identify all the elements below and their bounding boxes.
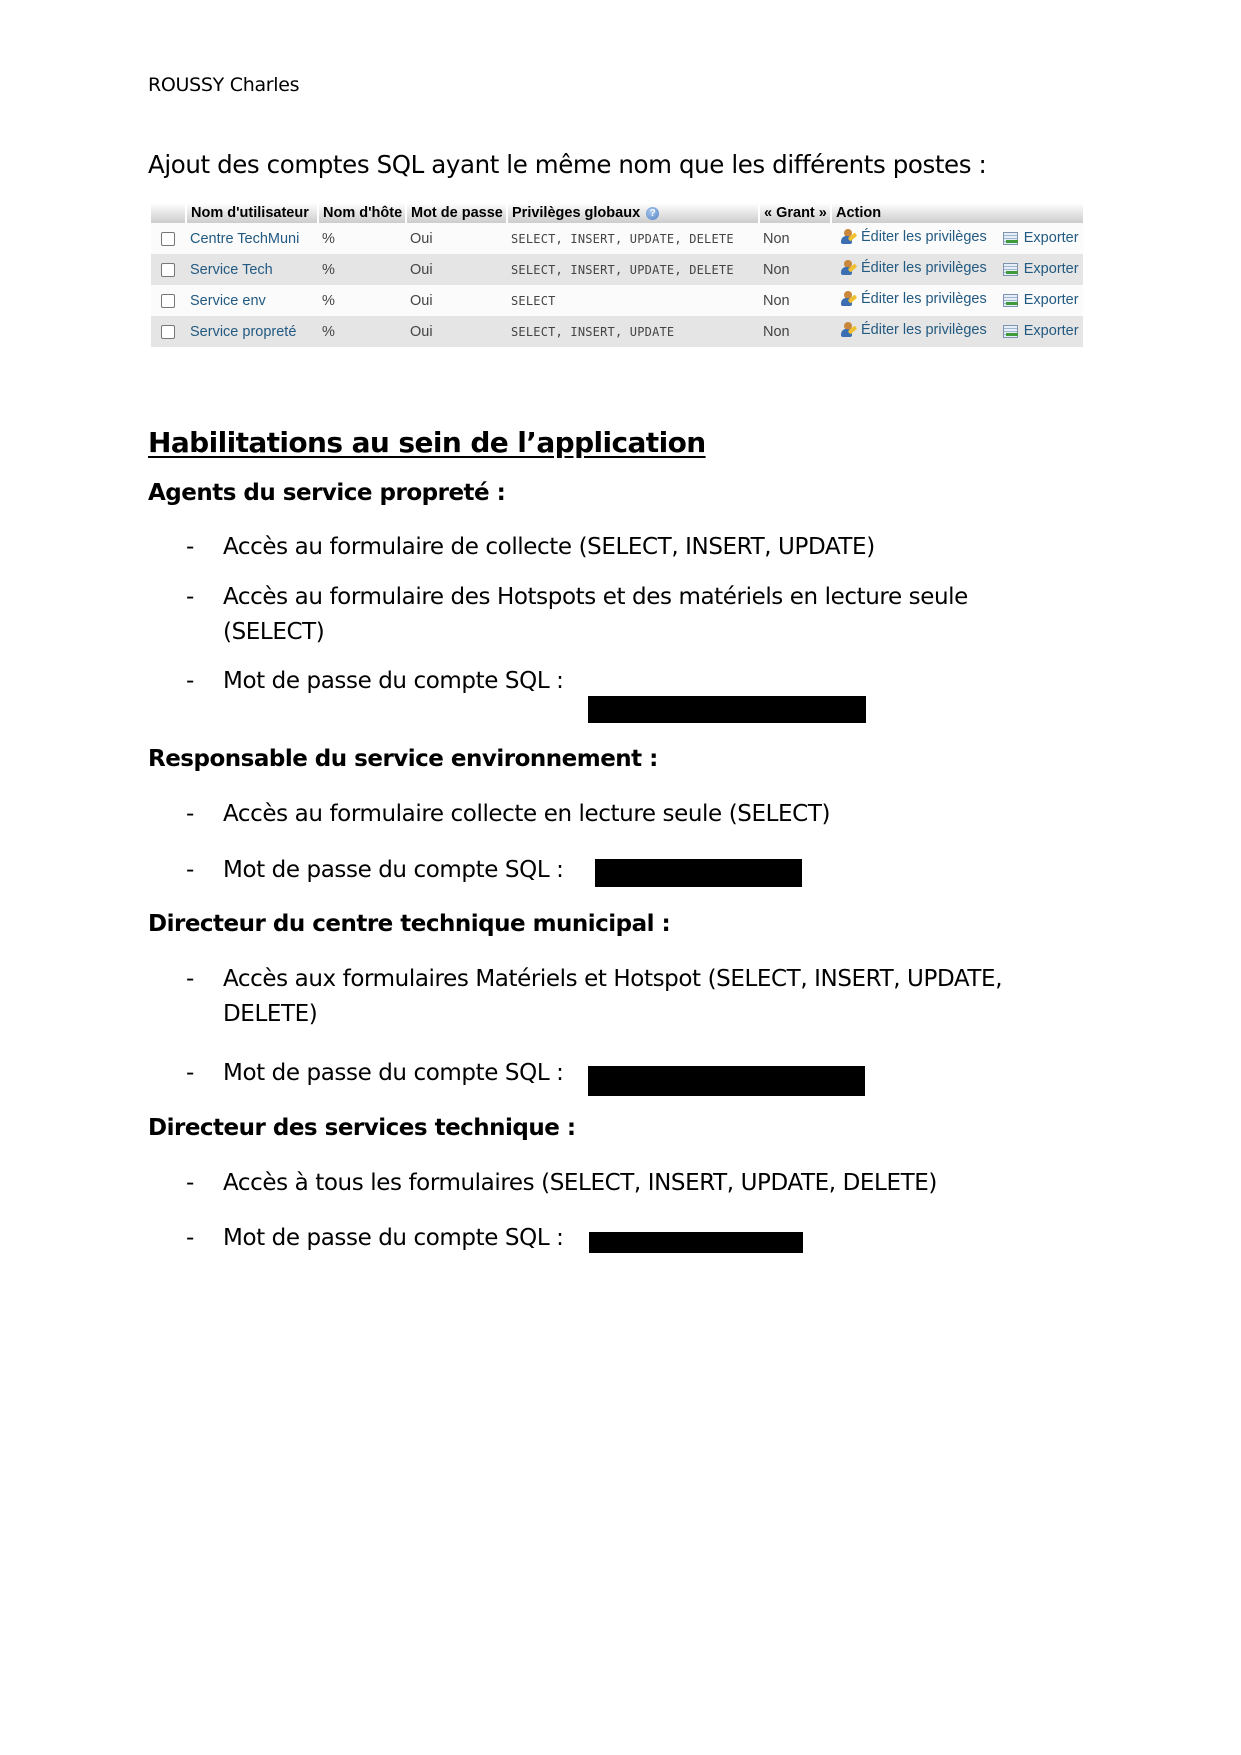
password-cell: Oui — [406, 223, 507, 254]
column-header-action: Action — [831, 203, 1083, 223]
export-label: Exporter — [1024, 323, 1079, 339]
action-cell: Éditer les privilèges Exporter — [831, 316, 1083, 347]
username-cell: Centre TechMuni — [186, 223, 318, 254]
host-cell: % — [318, 316, 406, 347]
role-title: Directeur du centre technique municipal … — [148, 911, 670, 937]
action-cell: Éditer les privilèges Exporter — [831, 285, 1083, 316]
row-checkbox-cell — [151, 223, 186, 254]
export-link[interactable]: Exporter — [991, 292, 1079, 308]
edit-user-icon — [841, 291, 857, 307]
privileges-value: SELECT — [511, 294, 556, 308]
export-label: Exporter — [1024, 230, 1079, 246]
redacted-password — [588, 696, 866, 723]
edit-privileges-label: Éditer les privilèges — [861, 291, 987, 307]
redacted-password — [589, 1232, 803, 1253]
bullet-dash: - — [186, 584, 194, 610]
privileges-header-label: Privilèges globaux — [512, 205, 640, 221]
row-checkbox[interactable] — [161, 294, 175, 308]
grant-cell: Non — [759, 254, 831, 285]
host-cell: % — [318, 254, 406, 285]
edit-privileges-label: Éditer les privilèges — [861, 260, 987, 276]
export-icon — [1003, 325, 1018, 338]
column-header-grant[interactable]: « Grant » — [759, 203, 831, 223]
column-header-username[interactable]: Nom d'utilisateur — [186, 203, 318, 223]
export-icon — [1003, 232, 1018, 245]
edit-privileges-label: Éditer les privilèges — [861, 229, 987, 245]
password-cell: Oui — [406, 254, 507, 285]
role-title: Agents du service propreté : — [148, 480, 505, 506]
bullet-dash: - — [186, 1225, 194, 1251]
table-row: Centre TechMuni % Oui SELECT, INSERT, UP… — [151, 223, 1083, 254]
privileges-value: SELECT, INSERT, UPDATE — [511, 325, 674, 339]
table-row: Service Tech % Oui SELECT, INSERT, UPDAT… — [151, 254, 1083, 285]
bullet-dash: - — [186, 857, 194, 883]
table-header-row: Nom d'utilisateur Nom d'hôte Mot de pass… — [151, 203, 1083, 223]
row-checkbox[interactable] — [161, 232, 175, 246]
edit-privileges-link[interactable]: Éditer les privilèges — [835, 229, 987, 245]
row-checkbox[interactable] — [161, 263, 175, 277]
export-icon — [1003, 294, 1018, 307]
host-cell: % — [318, 223, 406, 254]
action-cell: Éditer les privilèges Exporter — [831, 254, 1083, 285]
export-link[interactable]: Exporter — [991, 261, 1079, 277]
password-cell: Oui — [406, 316, 507, 347]
username-cell: Service propreté — [186, 316, 318, 347]
export-link[interactable]: Exporter — [991, 230, 1079, 246]
section-heading: Habilitations au sein de l’application — [148, 426, 706, 459]
column-header-privileges[interactable]: Privilèges globaux? — [507, 203, 759, 223]
author-name: ROUSSY Charles — [148, 74, 299, 96]
host-cell: % — [318, 285, 406, 316]
list-item: Mot de passe du compte SQL : — [223, 668, 564, 694]
role-title: Directeur des services technique : — [148, 1115, 576, 1141]
export-icon — [1003, 263, 1018, 276]
select-column-header — [151, 203, 186, 223]
privileges-cell: SELECT, INSERT, UPDATE, DELETE — [507, 254, 759, 285]
edit-user-icon — [841, 260, 857, 276]
bullet-dash: - — [186, 534, 194, 560]
username-link[interactable]: Centre TechMuni — [190, 231, 299, 247]
privileges-value: SELECT, INSERT, UPDATE, DELETE — [511, 263, 734, 277]
privileges-value: SELECT, INSERT, UPDATE, DELETE — [511, 232, 734, 246]
redacted-password — [595, 859, 802, 887]
list-item: (SELECT) — [223, 619, 324, 645]
help-icon[interactable]: ? — [646, 207, 659, 220]
username-link[interactable]: Service Tech — [190, 262, 273, 278]
list-item: Accès aux formulaires Matériels et Hotsp… — [223, 966, 1002, 992]
username-cell: Service Tech — [186, 254, 318, 285]
grant-cell: Non — [759, 223, 831, 254]
row-checkbox-cell — [151, 316, 186, 347]
list-item: Mot de passe du compte SQL : — [223, 1225, 564, 1251]
privileges-cell: SELECT, INSERT, UPDATE, DELETE — [507, 223, 759, 254]
row-checkbox-cell — [151, 254, 186, 285]
username-link[interactable]: Service env — [190, 293, 266, 309]
list-item: Accès au formulaire de collecte (SELECT,… — [223, 534, 875, 560]
column-header-host[interactable]: Nom d'hôte — [318, 203, 406, 223]
row-checkbox-cell — [151, 285, 186, 316]
bullet-dash: - — [186, 1060, 194, 1086]
redacted-password — [588, 1066, 865, 1096]
password-cell: Oui — [406, 285, 507, 316]
role-title: Responsable du service environnement : — [148, 746, 658, 772]
sql-users-table: Nom d'utilisateur Nom d'hôte Mot de pass… — [151, 203, 1083, 347]
bullet-dash: - — [186, 801, 194, 827]
grant-cell: Non — [759, 316, 831, 347]
intro-paragraph: Ajout des comptes SQL ayant le même nom … — [148, 150, 986, 179]
list-item: Mot de passe du compte SQL : — [223, 857, 564, 883]
export-label: Exporter — [1024, 261, 1079, 277]
edit-privileges-link[interactable]: Éditer les privilèges — [835, 260, 987, 276]
list-item: Accès au formulaire des Hotspots et des … — [223, 584, 968, 610]
edit-privileges-link[interactable]: Éditer les privilèges — [835, 322, 987, 338]
bullet-dash: - — [186, 1170, 194, 1196]
edit-user-icon — [841, 322, 857, 338]
edit-privileges-link[interactable]: Éditer les privilèges — [835, 291, 987, 307]
list-item: Accès à tous les formulaires (SELECT, IN… — [223, 1170, 937, 1196]
list-item: Mot de passe du compte SQL : — [223, 1060, 564, 1086]
privileges-cell: SELECT — [507, 285, 759, 316]
edit-user-icon — [841, 229, 857, 245]
grant-cell: Non — [759, 285, 831, 316]
bullet-dash: - — [186, 668, 194, 694]
edit-privileges-label: Éditer les privilèges — [861, 322, 987, 338]
table-row: Service env % Oui SELECT Non Éditer les … — [151, 285, 1083, 316]
username-link[interactable]: Service propreté — [190, 324, 296, 340]
username-cell: Service env — [186, 285, 318, 316]
column-header-password[interactable]: Mot de passe — [406, 203, 507, 223]
export-label: Exporter — [1024, 292, 1079, 308]
export-link[interactable]: Exporter — [991, 323, 1079, 339]
bullet-dash: - — [186, 966, 194, 992]
list-item: Accès au formulaire collecte en lecture … — [223, 801, 830, 827]
table-row: Service propreté % Oui SELECT, INSERT, U… — [151, 316, 1083, 347]
privileges-cell: SELECT, INSERT, UPDATE — [507, 316, 759, 347]
list-item: DELETE) — [223, 1001, 317, 1027]
row-checkbox[interactable] — [161, 325, 175, 339]
action-cell: Éditer les privilèges Exporter — [831, 223, 1083, 254]
